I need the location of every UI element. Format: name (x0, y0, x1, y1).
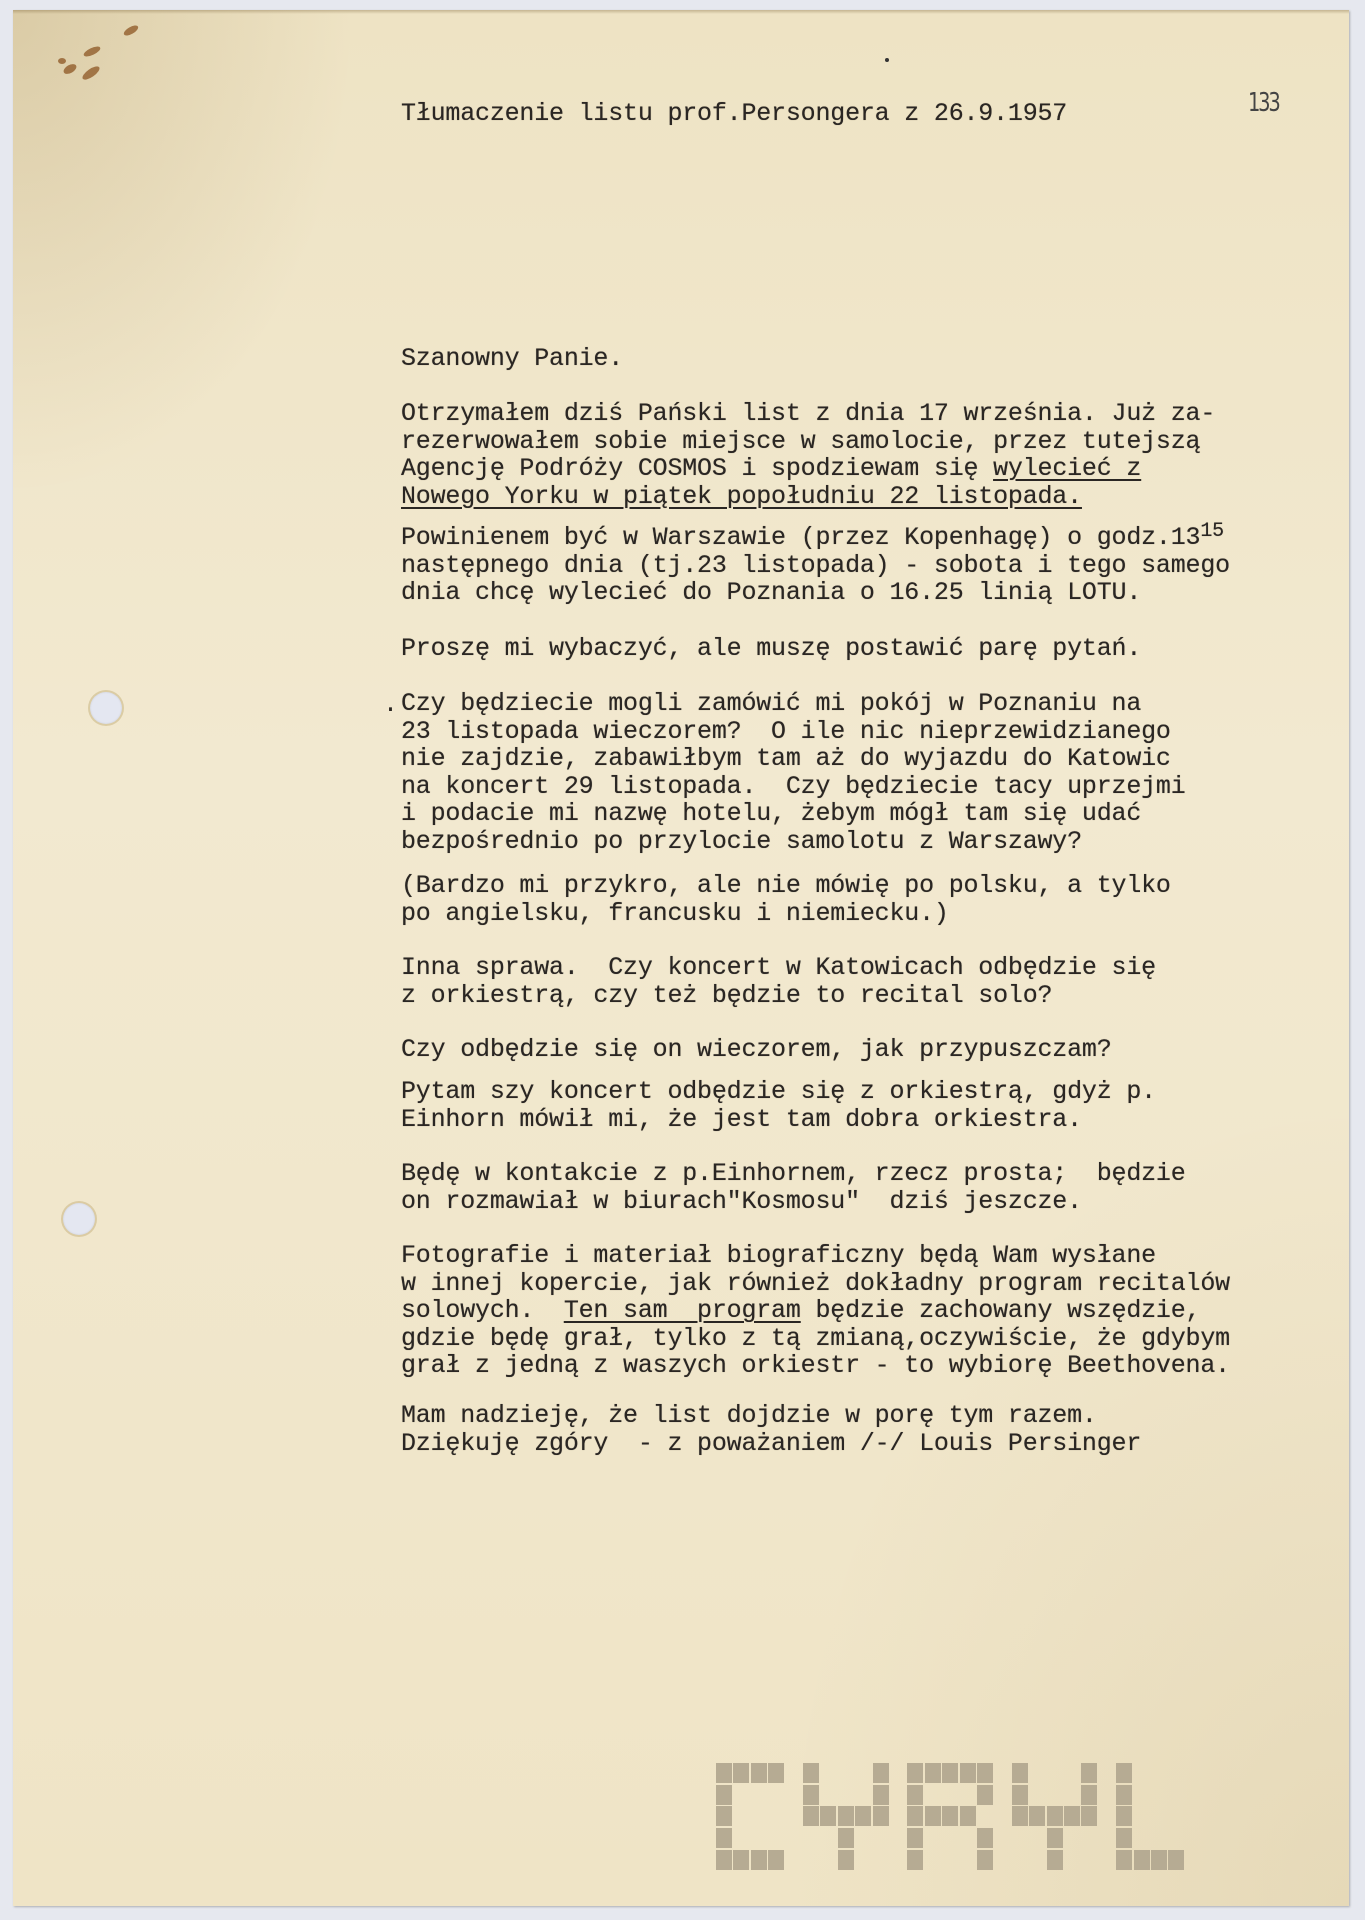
watermark-cell (716, 1806, 732, 1826)
rust-stain (82, 45, 101, 59)
watermark-cell (1116, 1763, 1132, 1783)
text-line: z orkiestrą, czy też będzie to recital s… (401, 982, 1156, 1010)
watermark-cell (873, 1763, 889, 1783)
watermark-cell (1047, 1850, 1063, 1870)
underlined-text: Ten sam program (564, 1296, 801, 1325)
text-segment: gdzie będę grał, tylko z tą zmianą,oczyw… (401, 1324, 1230, 1353)
watermark-cell (751, 1850, 767, 1870)
text-segment: nie zajdzie, zabawiłbym tam aż do wyjazd… (401, 744, 1171, 773)
text-segment: Czy będziecie mogli zamówić mi pokój w P… (401, 689, 1141, 718)
watermark-cell (838, 1850, 854, 1870)
superscript-text: 15 (1200, 520, 1224, 543)
rust-stain (62, 62, 78, 76)
text-segment: Fotografie i materiał biograficzny będą … (401, 1241, 1156, 1270)
text-segment: w innej kopercie, jak również dokładny p… (401, 1269, 1230, 1298)
watermark-cell (1047, 1806, 1063, 1826)
text-segment: Będę w kontakcie z p.Einhornem, rzecz pr… (401, 1159, 1186, 1188)
watermark-cell (716, 1785, 732, 1805)
text-line: następnego dnia (tj.23 listopada) - sobo… (401, 552, 1230, 580)
text-segment: (Bardzo mi przykro, ale nie mówię po pol… (401, 871, 1171, 900)
paragraph: Mam nadzieję, że list dojdzie w porę tym… (401, 1402, 1141, 1457)
underlined-text: Nowego Yorku w piątek popołudniu 22 list… (401, 482, 1082, 511)
text-segment: on rozmawiał w biurach"Kosmosu" dziś jes… (401, 1187, 1082, 1216)
text-line: Proszę mi wybaczyć, ale muszę postawić p… (401, 635, 1141, 663)
watermark-cell (907, 1763, 923, 1783)
watermark-cell (768, 1763, 784, 1783)
watermark-cell (768, 1850, 784, 1870)
text-line: Fotografie i materiał biograficzny będą … (401, 1242, 1230, 1270)
watermark-cell (977, 1763, 993, 1783)
margin-dot: . (383, 690, 398, 719)
watermark-cell (1116, 1828, 1132, 1848)
underlined-text: wylecieć z (993, 454, 1141, 483)
text-line: Powinienem być w Warszawie (przez Kopenh… (401, 524, 1230, 552)
watermark-cell (925, 1763, 941, 1783)
watermark-cell (1012, 1785, 1028, 1805)
watermark-cell (907, 1850, 923, 1870)
text-line: Dziękuję zgóry - z poważaniem /-/ Louis … (401, 1430, 1141, 1458)
text-segment: i podacie mi nazwę hotelu, żebym mógł ta… (401, 799, 1141, 828)
text-line: bezpośrednio po przylocie samolotu z War… (401, 828, 1186, 856)
text-segment: dnia chcę wylecieć do Poznania o 16.25 l… (401, 578, 1141, 607)
watermark-cell (1116, 1785, 1132, 1805)
text-line: Będę w kontakcie z p.Einhornem, rzecz pr… (401, 1160, 1186, 1188)
watermark-cell (907, 1828, 923, 1848)
watermark-cell (1134, 1850, 1150, 1870)
watermark-cell (1081, 1785, 1097, 1805)
paragraph: Czy będziecie mogli zamówić mi pokój w P… (401, 690, 1186, 855)
watermark-cell (1064, 1806, 1080, 1826)
watermark-cell (1012, 1806, 1028, 1826)
watermark-cell (873, 1785, 889, 1805)
text-line: solowych. Ten sam program będzie zachowa… (401, 1297, 1230, 1325)
text-line: i podacie mi nazwę hotelu, żebym mógł ta… (401, 800, 1186, 828)
watermark-cell (873, 1806, 889, 1826)
text-line: Czy odbędzie się on wieczorem, jak przyp… (401, 1036, 1112, 1064)
text-segment: Proszę mi wybaczyć, ale muszę postawić p… (401, 634, 1141, 663)
paragraph: Pytam szy koncert odbędzie się z orkiest… (401, 1078, 1156, 1133)
text-segment: grał z jedną z waszych orkiestr - to wyb… (401, 1351, 1230, 1380)
rust-stain (122, 23, 139, 37)
watermark-cell (838, 1806, 854, 1826)
watermark-cell (1116, 1850, 1132, 1870)
text-segment: bezpośrednio po przylocie samolotu z War… (401, 827, 1082, 856)
text-segment: Einhorn mówił mi, że jest tam dobra orki… (401, 1105, 1082, 1134)
document-title: Tłumaczenie listu prof.Persongera z 26.9… (401, 100, 1067, 128)
watermark-cell (1168, 1850, 1184, 1870)
watermark-cell (716, 1850, 732, 1870)
watermark-cell (1081, 1763, 1097, 1783)
text-line: nie zajdzie, zabawiłbym tam aż do wyjazd… (401, 745, 1186, 773)
text-segment: po angielsku, francusku i niemiecku.) (401, 899, 949, 928)
paragraph: Inna sprawa. Czy koncert w Katowicach od… (401, 954, 1156, 1009)
watermark-cell (1081, 1806, 1097, 1826)
text-segment: Pytam szy koncert odbędzie się z orkiest… (401, 1077, 1156, 1106)
paragraph: Powinienem być w Warszawie (przez Kopenh… (401, 524, 1230, 607)
watermark-cell (716, 1828, 732, 1848)
watermark-cell (855, 1806, 871, 1826)
salutation: Szanowny Panie. (401, 345, 623, 373)
watermark-cell (977, 1828, 993, 1848)
ink-speck (885, 58, 889, 62)
text-segment: rezerwowałem sobie miejsce w samolocie, … (401, 427, 1200, 456)
text-line: grał z jedną z waszych orkiestr - to wyb… (401, 1352, 1230, 1380)
text-line: 23 listopada wieczorem? O ile nic nieprz… (401, 718, 1186, 746)
watermark-cell (1029, 1806, 1045, 1826)
paragraph: Fotografie i materiał biograficzny będą … (401, 1242, 1230, 1380)
punch-hole-top (90, 692, 122, 724)
text-line: rezerwowałem sobie miejsce w samolocie, … (401, 428, 1215, 456)
text-line: Mam nadzieję, że list dojdzie w porę tym… (401, 1402, 1141, 1430)
watermark-cell (1116, 1806, 1132, 1826)
text-segment: z orkiestrą, czy też będzie to recital s… (401, 981, 1052, 1010)
text-segment: Powinienem być w Warszawie (przez Kopenh… (401, 523, 1200, 552)
text-line: Pytam szy koncert odbędzie się z orkiest… (401, 1078, 1156, 1106)
rust-stain (81, 64, 102, 82)
punch-hole-bottom (63, 1203, 95, 1235)
watermark-cell (925, 1806, 941, 1826)
watermark-cell (960, 1806, 976, 1826)
paragraph: Otrzymałem dziś Pański list z dnia 17 wr… (401, 400, 1215, 510)
watermark-cell (803, 1785, 819, 1805)
watermark-cell (803, 1763, 819, 1783)
text-line: na koncert 29 listopada. Czy będziecie t… (401, 773, 1186, 801)
text-segment: 23 listopada wieczorem? O ile nic nieprz… (401, 717, 1171, 746)
page-number: 133 (1248, 88, 1278, 118)
watermark-cell (838, 1828, 854, 1848)
text-segment: Czy odbędzie się on wieczorem, jak przyp… (401, 1035, 1112, 1064)
watermark-cell (751, 1763, 767, 1783)
text-line: w innej kopercie, jak również dokładny p… (401, 1270, 1230, 1298)
text-line: Einhorn mówił mi, że jest tam dobra orki… (401, 1106, 1156, 1134)
watermark-cell (977, 1850, 993, 1870)
text-line: Otrzymałem dziś Pański list z dnia 17 wr… (401, 400, 1215, 428)
text-line: gdzie będę grał, tylko z tą zmianą,oczyw… (401, 1325, 1230, 1353)
paragraph: Czy odbędzie się on wieczorem, jak przyp… (401, 1036, 1112, 1064)
watermark-cell (733, 1850, 749, 1870)
text-segment: będzie zachowany wszędzie, (801, 1296, 1201, 1325)
paragraph: (Bardzo mi przykro, ale nie mówię po pol… (401, 872, 1171, 927)
text-segment: Inna sprawa. Czy koncert w Katowicach od… (401, 953, 1156, 982)
rust-stain (58, 58, 66, 64)
text-line: Nowego Yorku w piątek popołudniu 22 list… (401, 483, 1215, 511)
text-segment: następnego dnia (tj.23 listopada) - sobo… (401, 551, 1230, 580)
text-segment: Dziękuję zgóry - z poważaniem /-/ Louis … (401, 1429, 1141, 1458)
text-segment: Agencję Podróży COSMOS i spodziewam się (401, 454, 993, 483)
watermark-cell (942, 1806, 958, 1826)
watermark-cell (803, 1806, 819, 1826)
watermark-cell (820, 1806, 836, 1826)
watermark-cell (1151, 1850, 1167, 1870)
watermark-cell (977, 1785, 993, 1805)
text-line: on rozmawiał w biurach"Kosmosu" dziś jes… (401, 1188, 1186, 1216)
paragraph: Będę w kontakcie z p.Einhornem, rzecz pr… (401, 1160, 1186, 1215)
watermark-cell (960, 1763, 976, 1783)
watermark-cell (733, 1763, 749, 1783)
watermark-cell (907, 1806, 923, 1826)
text-segment: Otrzymałem dziś Pański list z dnia 17 wr… (401, 399, 1215, 428)
watermark-cell (716, 1763, 732, 1783)
watermark-cell (1047, 1828, 1063, 1848)
watermark-cell (942, 1763, 958, 1783)
paragraph: Proszę mi wybaczyć, ale muszę postawić p… (401, 635, 1141, 663)
text-segment: Mam nadzieję, że list dojdzie w porę tym… (401, 1401, 1097, 1430)
watermark-cell (907, 1785, 923, 1805)
watermark-cell (1012, 1763, 1028, 1783)
text-line: Inna sprawa. Czy koncert w Katowicach od… (401, 954, 1156, 982)
text-segment: solowych. (401, 1296, 564, 1325)
text-line: po angielsku, francusku i niemiecku.) (401, 900, 1171, 928)
text-line: Czy będziecie mogli zamówić mi pokój w P… (401, 690, 1186, 718)
text-line: dnia chcę wylecieć do Poznania o 16.25 l… (401, 579, 1230, 607)
text-segment: na koncert 29 listopada. Czy będziecie t… (401, 772, 1186, 801)
text-line: Agencję Podróży COSMOS i spodziewam się … (401, 455, 1215, 483)
text-line: (Bardzo mi przykro, ale nie mówię po pol… (401, 872, 1171, 900)
